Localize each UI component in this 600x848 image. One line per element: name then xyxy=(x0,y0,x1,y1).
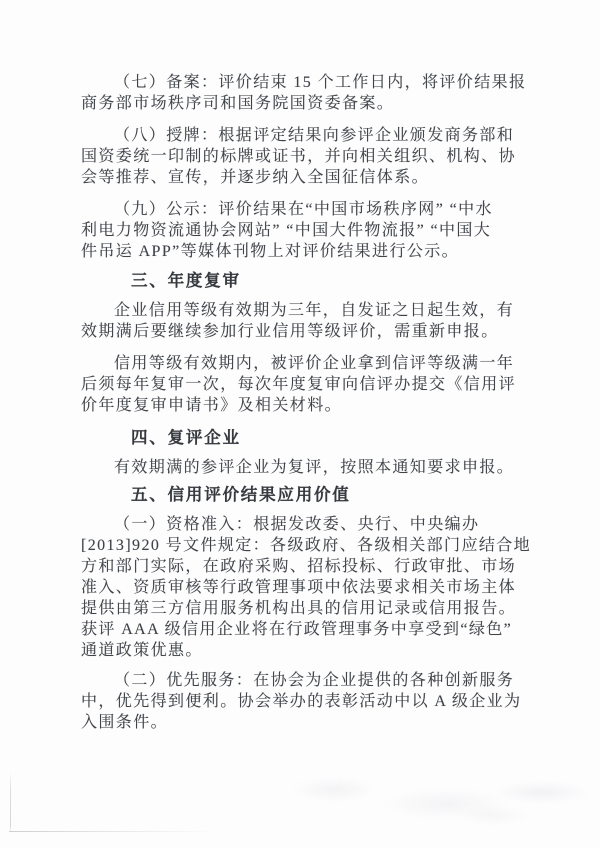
text-line: 入围条件。 xyxy=(81,712,518,733)
text-line: 获评 AAA 级信用企业将在行政管理事务中享受到“绿色” xyxy=(81,619,518,640)
para-priority-service: （二）优先服务：在协会为企业提供的各种创新服务 中，优先得到便利。协会举办的表彰… xyxy=(81,670,518,733)
text-line: 会等推荐、宣传，并逐步纳入全国征信体系。 xyxy=(81,167,518,188)
text-line: 企业信用等级有效期为三年，自发证之日起生效，有 xyxy=(81,300,518,321)
text-line: 后须每年复审一次，每次年度复审向信评办提交《信用评 xyxy=(81,374,518,395)
para-8-plaque: （八）授牌：根据评定结果向参评企业颁发商务部和 国资委统一印制的标牌或证书，并向… xyxy=(81,125,518,188)
text-line: 件吊运 APP”等媒体刊物上对评价结果进行公示。 xyxy=(81,241,518,262)
text-line: [2013]920 号文件规定：各级政府、各级相关部门应结合地 xyxy=(81,535,518,556)
scan-noise-artifact xyxy=(270,772,590,830)
para-review-cycle: 信用等级有效期内，被评价企业拿到信评等级满一年 后须每年复审一次，每次年度复审向… xyxy=(81,353,518,416)
heading-annual-review: 三、年度复审 xyxy=(131,270,518,291)
text-line: 提供由第三方信用服务机构出具的信用记录或信用报告。 xyxy=(81,598,518,619)
para-qualification-access: （一）资格准入：根据发改委、央行、中央编办 [2013]920 号文件规定：各级… xyxy=(81,514,518,661)
text-line: 通道政策优惠。 xyxy=(81,640,518,661)
heading-application-value: 五、信用评价结果应用价值 xyxy=(131,484,518,505)
text-line: 有效期满的参评企业为复评，按照本通知要求申报。 xyxy=(81,457,518,478)
para-9-publicity: （九）公示：评价结果在“中国市场秩序网” “中水 利电力物资流通协会网站” “中… xyxy=(81,199,518,262)
document-content: （七）备案：评价结束 15 个工作日内，将评价结果报 商务部市场秩序司和国务院国… xyxy=(81,72,518,733)
text-line: 方和部门实际，在政府采购、招标投标、行政审批、市场 xyxy=(81,556,518,577)
heading-re-evaluation: 四、复评企业 xyxy=(131,427,518,448)
text-line: 商务部市场秩序司和国务院国资委备案。 xyxy=(81,93,518,114)
scan-edge-bottom-artifact xyxy=(9,831,229,832)
text-line: （二）优先服务：在协会为企业提供的各种创新服务 xyxy=(81,670,518,691)
scan-edge-left-artifact xyxy=(10,772,11,832)
text-line: 信用等级有效期内，被评价企业拿到信评等级满一年 xyxy=(81,353,518,374)
para-validity-period: 企业信用等级有效期为三年，自发证之日起生效，有 效期满后要继续参加行业信用等级评… xyxy=(81,300,518,342)
para-re-evaluation: 有效期满的参评企业为复评，按照本通知要求申报。 xyxy=(81,457,518,478)
text-line: 利电力物资流通协会网站” “中国大件物流报” “中国大 xyxy=(81,220,518,241)
text-line: （七）备案：评价结束 15 个工作日内，将评价结果报 xyxy=(81,72,518,93)
text-line: 准入、资质审核等行政管理事项中依法要求相关市场主体 xyxy=(81,577,518,598)
text-line: 效期满后要继续参加行业信用等级评价，需重新申报。 xyxy=(81,321,518,342)
text-line: （一）资格准入：根据发改委、央行、中央编办 xyxy=(81,514,518,535)
document-page: （七）备案：评价结束 15 个工作日内，将评价结果报 商务部市场秩序司和国务院国… xyxy=(0,0,600,848)
text-line: （九）公示：评价结果在“中国市场秩序网” “中水 xyxy=(81,199,518,220)
para-7-filing: （七）备案：评价结束 15 个工作日内，将评价结果报 商务部市场秩序司和国务院国… xyxy=(81,72,518,114)
text-line: 中，优先得到便利。协会举办的表彰活动中以 A 级企业为 xyxy=(81,691,518,712)
text-line: 国资委统一印制的标牌或证书，并向相关组织、机构、协 xyxy=(81,146,518,167)
text-line: 价年度复审申请书》及相关材料。 xyxy=(81,395,518,416)
text-line: （八）授牌：根据评定结果向参评企业颁发商务部和 xyxy=(81,125,518,146)
